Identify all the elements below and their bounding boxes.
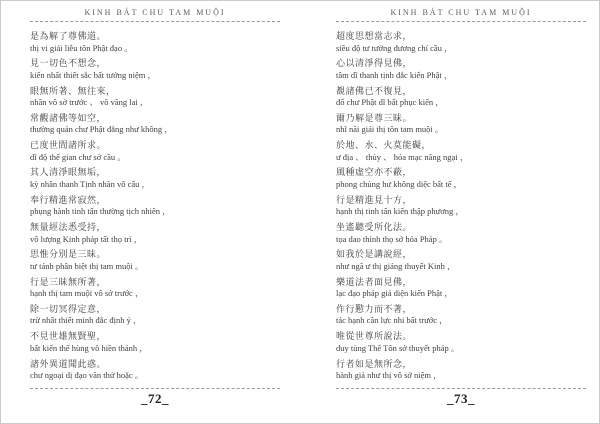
verse-line-chinese: 於地、水、火莫能礙， bbox=[336, 140, 586, 152]
verse-couplet: 思惟分別是三昧。 tư tánh phân biệt thị tam muội … bbox=[30, 249, 280, 272]
verse-couplet: 奉行精進常寂然， phụng hành tinh tấn thường tịch… bbox=[30, 195, 280, 218]
page-number: _73_ bbox=[336, 391, 586, 407]
verse-line-chinese: 作行懃力而不著， bbox=[336, 304, 586, 316]
verse-couplet: 心以清淨得見佛， tâm dĩ thanh tịnh đắc kiến Phật… bbox=[336, 58, 586, 81]
verse-line-vietnamese: vô lượng Kinh pháp tất thọ trì ， bbox=[30, 234, 280, 246]
verse-line-vietnamese: dĩ độ thế gian chư sở cầu 。 bbox=[30, 152, 280, 164]
verse-line-vietnamese: đổ chư Phật dĩ bất phục kiến ， bbox=[336, 97, 586, 109]
verse-line-chinese: 常觀諸佛等如空， bbox=[30, 113, 280, 125]
verse-line-vietnamese: chư ngoại dị đạo văn thử hoặc 。 bbox=[30, 370, 280, 382]
verse-line-chinese: 如我於是講說經， bbox=[336, 249, 586, 261]
book-page-right: KINH BÁT CHU TAM MUỘI 超度思想當志求， siêu độ t… bbox=[336, 6, 586, 418]
verse-couplet: 除一切冥得定意， trừ nhất thiết minh đắc định ý … bbox=[30, 304, 280, 327]
verse-line-vietnamese: kiến nhất thiết sắc bất tưởng niệm ， bbox=[30, 70, 280, 82]
verse-couplet: 風種虛空亦不蔽， phong chủng hư không diệc bất t… bbox=[336, 167, 586, 190]
verse-couplet: 行是精進見十方， hạnh thị tinh tấn kiến thập phư… bbox=[336, 195, 586, 218]
verse-line-vietnamese: ư địa 、 thủy 、 hỏa mạc năng ngại ， bbox=[336, 152, 586, 164]
verse-line-chinese: 不見世雄無賢聖， bbox=[30, 331, 280, 343]
verse-couplet: 見一切色不想念， kiến nhất thiết sắc bất tưởng n… bbox=[30, 58, 280, 81]
footer-rule bbox=[336, 388, 586, 389]
verse-couplet: 眼無所著、無往來， nhãn vô sở trước 、 vô vãng lai… bbox=[30, 86, 280, 109]
verse-line-chinese: 眼無所著、無往來， bbox=[30, 86, 280, 98]
verse-couplet: 作行懃力而不著， tác hạnh cần lực nhi bất trước … bbox=[336, 304, 586, 327]
verse-line-chinese: 無量經法悉受持， bbox=[30, 222, 280, 234]
verse-line-vietnamese: trừ nhất thiết minh đắc định ý ， bbox=[30, 315, 280, 327]
verse-couplet: 其人清淨眼無垢， kỳ nhân thanh Tịnh nhãn vô cấu … bbox=[30, 167, 280, 190]
verse-line-vietnamese: như ngã ư thị giảng thuyết Kinh ， bbox=[336, 261, 586, 273]
verse-line-chinese: 超度思想當志求， bbox=[336, 31, 586, 43]
verse-couplet: 如我於是講說經， như ngã ư thị giảng thuyết Kinh… bbox=[336, 249, 586, 272]
verse-couplet: 已度世間諸所求。 dĩ độ thế gian chư sở cầu 。 bbox=[30, 140, 280, 163]
verse-line-vietnamese: kỳ nhân thanh Tịnh nhãn vô cấu ， bbox=[30, 179, 280, 191]
verse-line-chinese: 是為解了尊佛道。 bbox=[30, 31, 280, 43]
verse-line-chinese: 奉行精進常寂然， bbox=[30, 195, 280, 207]
verse-line-vietnamese: lạc đạo pháp giả diện kiến Phật ， bbox=[336, 288, 586, 300]
book-page-left: KINH BÁT CHU TAM MUỘI 是為解了尊佛道。 thị vi gi… bbox=[30, 6, 280, 418]
verse-line-vietnamese: thường quán chư Phật đẳng như không ， bbox=[30, 124, 280, 136]
verse-line-chinese: 諸外異道聞此惑。 bbox=[30, 359, 280, 371]
verse-line-chinese: 已度世間諸所求。 bbox=[30, 140, 280, 152]
verse-line-chinese: 樂道法者面見佛， bbox=[336, 277, 586, 289]
verse-couplet: 爾乃解是尊三昧。 nhĩ nãi giải thị tôn tam muội 。 bbox=[336, 113, 586, 136]
verse-couplet: 諸外異道聞此惑。 chư ngoại dị đạo văn thử hoặc 。 bbox=[30, 359, 280, 382]
verse-couplet: 不見世雄無賢聖， bất kiến thế hùng vô hiền thánh… bbox=[30, 331, 280, 354]
verse-list: 是為解了尊佛道。 thị vi giải liễu tôn Phật đạo 。… bbox=[30, 22, 280, 386]
verse-line-vietnamese: thị vi giải liễu tôn Phật đạo 。 bbox=[30, 43, 280, 55]
verse-couplet: 樂道法者面見佛， lạc đạo pháp giả diện kiến Phật… bbox=[336, 277, 586, 300]
verse-line-chinese: 行是精進見十方， bbox=[336, 195, 586, 207]
verse-line-chinese: 除一切冥得定意， bbox=[30, 304, 280, 316]
verse-line-chinese: 其人清淨眼無垢， bbox=[30, 167, 280, 179]
verse-line-chinese: 見一切色不想念， bbox=[30, 58, 280, 70]
verse-line-vietnamese: tâm dĩ thanh tịnh đắc kiến Phật ， bbox=[336, 70, 586, 82]
verse-line-vietnamese: nhãn vô sở trước 、 vô vãng lai ， bbox=[30, 97, 280, 109]
verse-line-chinese: 行者如是無所念， bbox=[336, 359, 586, 371]
verse-line-vietnamese: hạnh thị tinh tấn kiến thập phương ， bbox=[336, 206, 586, 218]
verse-line-chinese: 心以清淨得見佛， bbox=[336, 58, 586, 70]
verse-line-chinese: 坐遙聽受所化法。 bbox=[336, 222, 586, 234]
verse-couplet: 行是三昧無所著， hạnh thị tam muội vô sở trước ， bbox=[30, 277, 280, 300]
running-header: KINH BÁT CHU TAM MUỘI bbox=[336, 6, 586, 19]
page-footer: _73_ bbox=[336, 388, 586, 407]
verse-line-vietnamese: siêu độ tư tưởng đương chí cầu ， bbox=[336, 43, 586, 55]
verse-list: 超度思想當志求， siêu độ tư tưởng đương chí cầu … bbox=[336, 22, 586, 386]
verse-line-vietnamese: tác hạnh cần lực nhi bất trước ， bbox=[336, 315, 586, 327]
verse-line-chinese: 風種虛空亦不蔽， bbox=[336, 167, 586, 179]
page-number: _72_ bbox=[30, 391, 280, 407]
verse-couplet: 覩諸佛已不復見， đổ chư Phật dĩ bất phục kiến ， bbox=[336, 86, 586, 109]
verse-line-vietnamese: duy tùng Thế Tôn sở thuyết pháp 。 bbox=[336, 343, 586, 355]
verse-line-vietnamese: phong chủng hư không diệc bất tế ， bbox=[336, 179, 586, 191]
verse-line-vietnamese: tọa dao thính thọ sở hóa Pháp 。 bbox=[336, 234, 586, 246]
verse-couplet: 常觀諸佛等如空， thường quán chư Phật đẳng như k… bbox=[30, 113, 280, 136]
verse-line-vietnamese: hành giả như thị vô sở niệm ， bbox=[336, 370, 586, 382]
verse-line-vietnamese: phụng hành tinh tấn thường tịch nhiên ， bbox=[30, 206, 280, 218]
verse-couplet: 坐遙聽受所化法。 tọa dao thính thọ sở hóa Pháp 。 bbox=[336, 222, 586, 245]
running-header: KINH BÁT CHU TAM MUỘI bbox=[30, 6, 280, 19]
verse-line-chinese: 爾乃解是尊三昧。 bbox=[336, 113, 586, 125]
verse-couplet: 行者如是無所念， hành giả như thị vô sở niệm ， bbox=[336, 359, 586, 382]
verse-line-chinese: 覩諸佛已不復見， bbox=[336, 86, 586, 98]
verse-couplet: 是為解了尊佛道。 thị vi giải liễu tôn Phật đạo 。 bbox=[30, 31, 280, 54]
verse-line-vietnamese: nhĩ nãi giải thị tôn tam muội 。 bbox=[336, 124, 586, 136]
verse-couplet: 於地、水、火莫能礙， ư địa 、 thủy 、 hỏa mạc năng n… bbox=[336, 140, 586, 163]
footer-rule bbox=[30, 388, 280, 389]
verse-couplet: 唯從世尊所說法。 duy tùng Thế Tôn sở thuyết pháp… bbox=[336, 331, 586, 354]
verse-line-vietnamese: bất kiến thế hùng vô hiền thánh ， bbox=[30, 343, 280, 355]
page-footer: _72_ bbox=[30, 388, 280, 407]
verse-line-vietnamese: tư tánh phân biệt thị tam muội 。 bbox=[30, 261, 280, 273]
verse-line-vietnamese: hạnh thị tam muội vô sở trước ， bbox=[30, 288, 280, 300]
verse-line-chinese: 唯從世尊所說法。 bbox=[336, 331, 586, 343]
verse-couplet: 無量經法悉受持， vô lượng Kinh pháp tất thọ trì … bbox=[30, 222, 280, 245]
verse-line-chinese: 思惟分別是三昧。 bbox=[30, 249, 280, 261]
verse-couplet: 超度思想當志求， siêu độ tư tưởng đương chí cầu … bbox=[336, 31, 586, 54]
verse-line-chinese: 行是三昧無所著， bbox=[30, 277, 280, 289]
